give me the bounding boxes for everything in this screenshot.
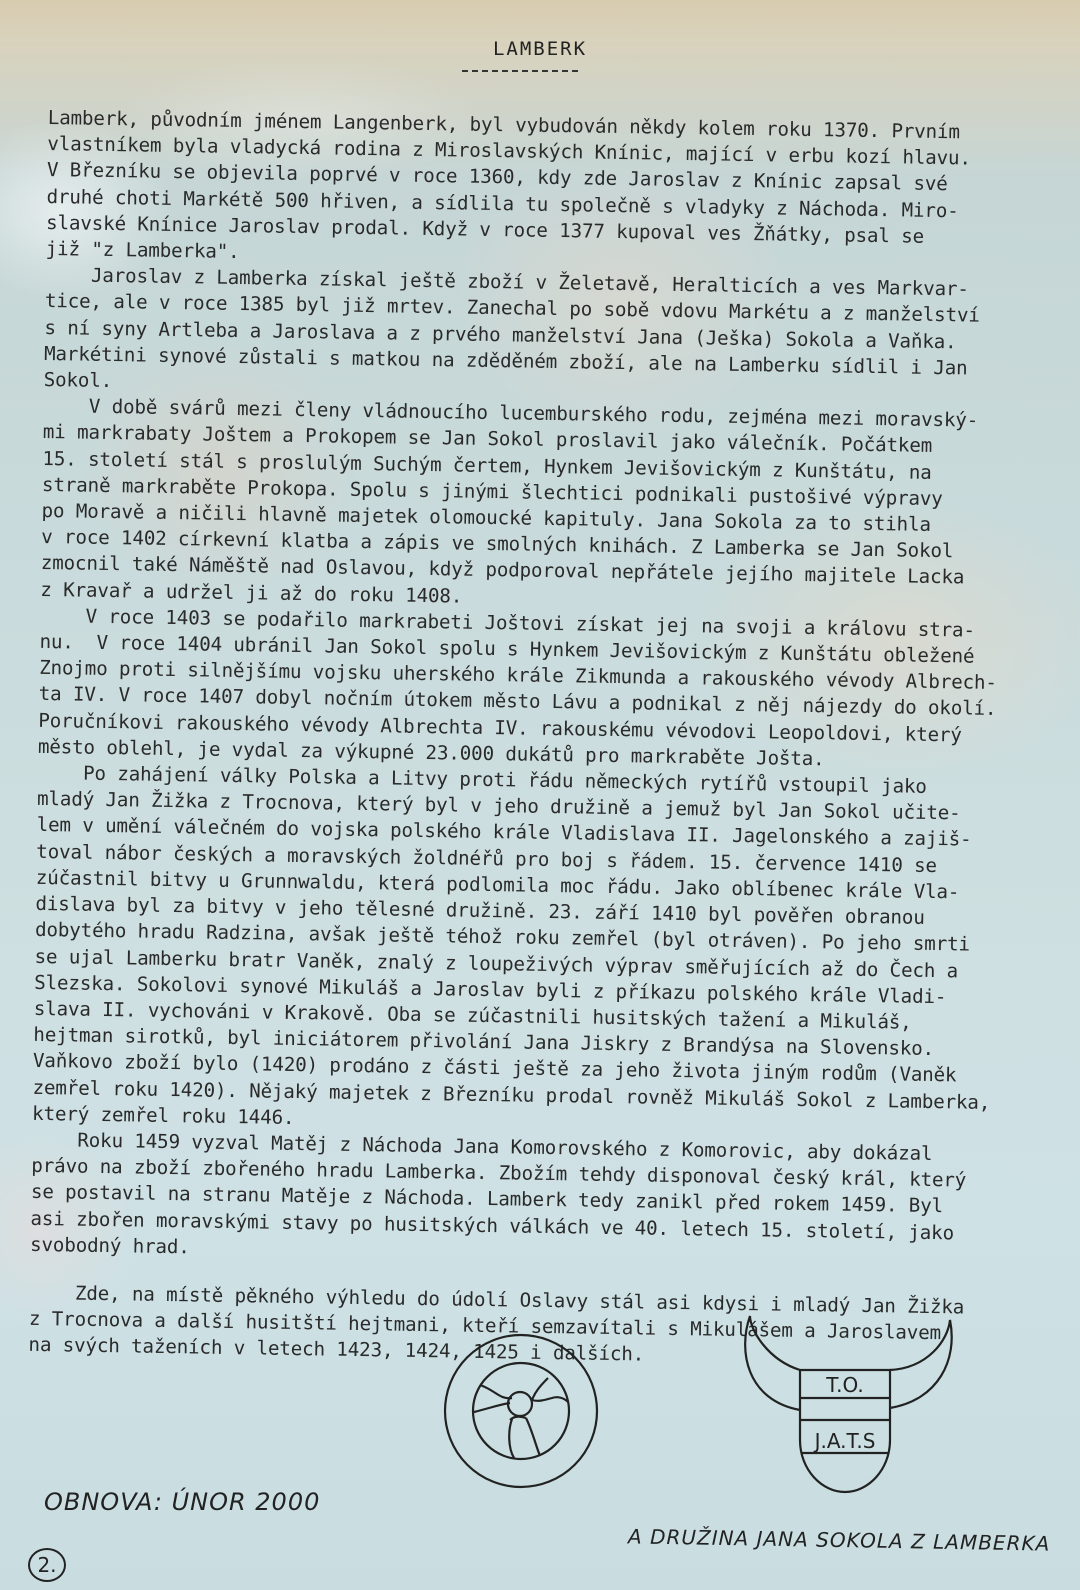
paragraph-1459: Roku 1459 vyzval Matěj z Náchoda Jana Ko…	[30, 1127, 1042, 1274]
paragraph-disputes: V době svárů mezi členy vládnoucího luce…	[40, 393, 1053, 618]
title-underline	[462, 70, 578, 72]
paragraph-jaroslav: Jaroslav z Lamberka získal ještě zboží v…	[43, 262, 1055, 409]
horned-shield-emblem-icon: T.O. J.A.T.S	[738, 1310, 963, 1495]
shield-bottom-text: J.A.T.S	[813, 1429, 876, 1453]
document-title: LAMBERK	[0, 38, 1080, 60]
emblem-caption: A DRUŽINA JANA SOKOLA Z LAMBERKA	[628, 1524, 1051, 1555]
shield-top-text: T.O.	[825, 1373, 864, 1397]
paragraph-origins: Lamberk, původním jménem Langenberk, byl…	[46, 105, 1058, 278]
paragraph-grunwald: Po zahájení války Polska a Litvy proti ř…	[32, 760, 1048, 1143]
body-text: Lamberk, původním jménem Langenberk, byl…	[28, 105, 1058, 1374]
three-birds-circle-emblem-icon	[440, 1330, 610, 1500]
page-number: 2.	[28, 1548, 66, 1582]
paragraph-1403: V roce 1403 se podařilo markrabeti Jošto…	[38, 603, 1050, 776]
restoration-note: OBNOVA: ÚNOR 2000	[44, 1488, 320, 1516]
